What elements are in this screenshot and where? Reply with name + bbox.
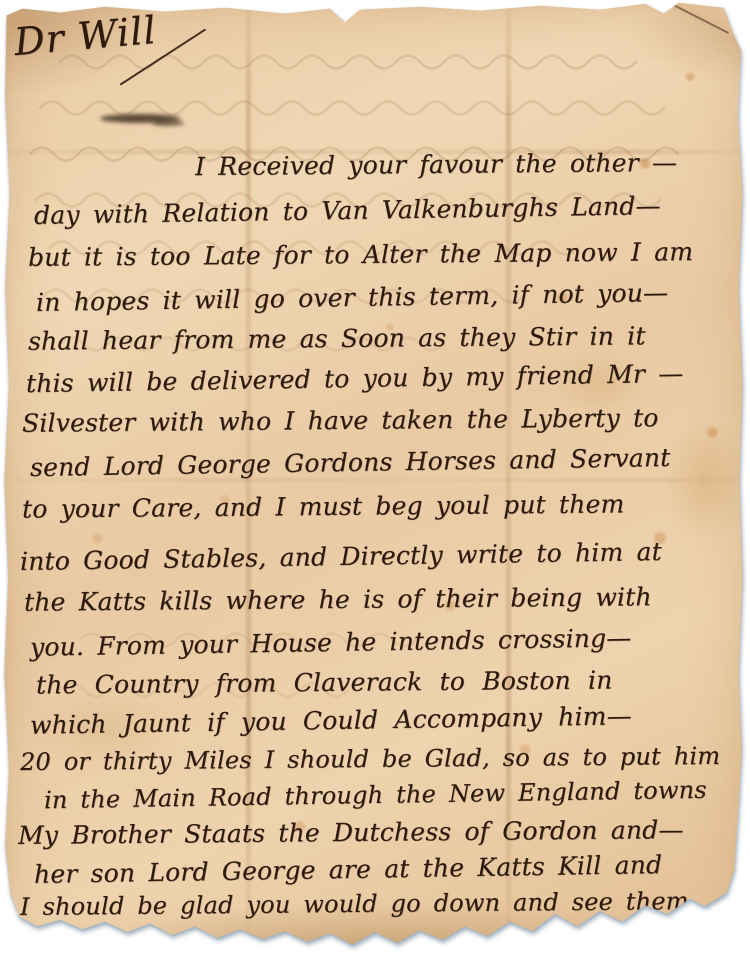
letter-paper: Dr Will I Received your favour the other… [0,0,750,961]
letter-line: Silvester with who I have taken the Lybe… [22,403,659,438]
letter-line: her son Lord George are at the Katts Kil… [34,850,663,889]
letter-line: into Good Stables, and Directly write to… [20,537,662,576]
letter-line: 20 or thirty Miles I should be Glad, so … [20,742,720,776]
letter-line: send Lord George Gordons Horses and Serv… [30,443,671,482]
letter-line: My Brother Staats the Dutchess of Gordon… [18,815,684,850]
letter-line: in the Main Road through the New England… [44,776,707,814]
letter-line: the Country from Claverack to Boston in [36,665,613,699]
scanned-letter-image: Dr Will I Received your favour the other… [0,0,750,961]
letter-line: I should be glad you would go down and s… [20,887,689,921]
letter-line: in hopes it will go over this term, if n… [36,278,669,317]
letter-line: to your Care, and I must beg youl put th… [22,489,625,523]
letter-line: the Katts kills where he is of their bei… [24,582,652,616]
letter-line: I Received your favour the other — [195,148,677,181]
letter-line: this will be delivered to you by my frie… [26,359,684,398]
letter-line: but it is too Late for to Alter the Map … [28,237,693,272]
letter-line: shall hear from me as Soon as they Stir … [28,321,646,355]
letter-body: I Received your favour the other — day w… [0,0,750,961]
paper-shadow-wrap: Dr Will I Received your favour the other… [0,0,750,961]
letter-line: day with Relation to Van Valkenburghs La… [34,191,661,230]
letter-line: you. From your House he intends crossing… [30,623,632,661]
letter-line: which Jaunt if you Could Accompany him— [30,701,632,739]
